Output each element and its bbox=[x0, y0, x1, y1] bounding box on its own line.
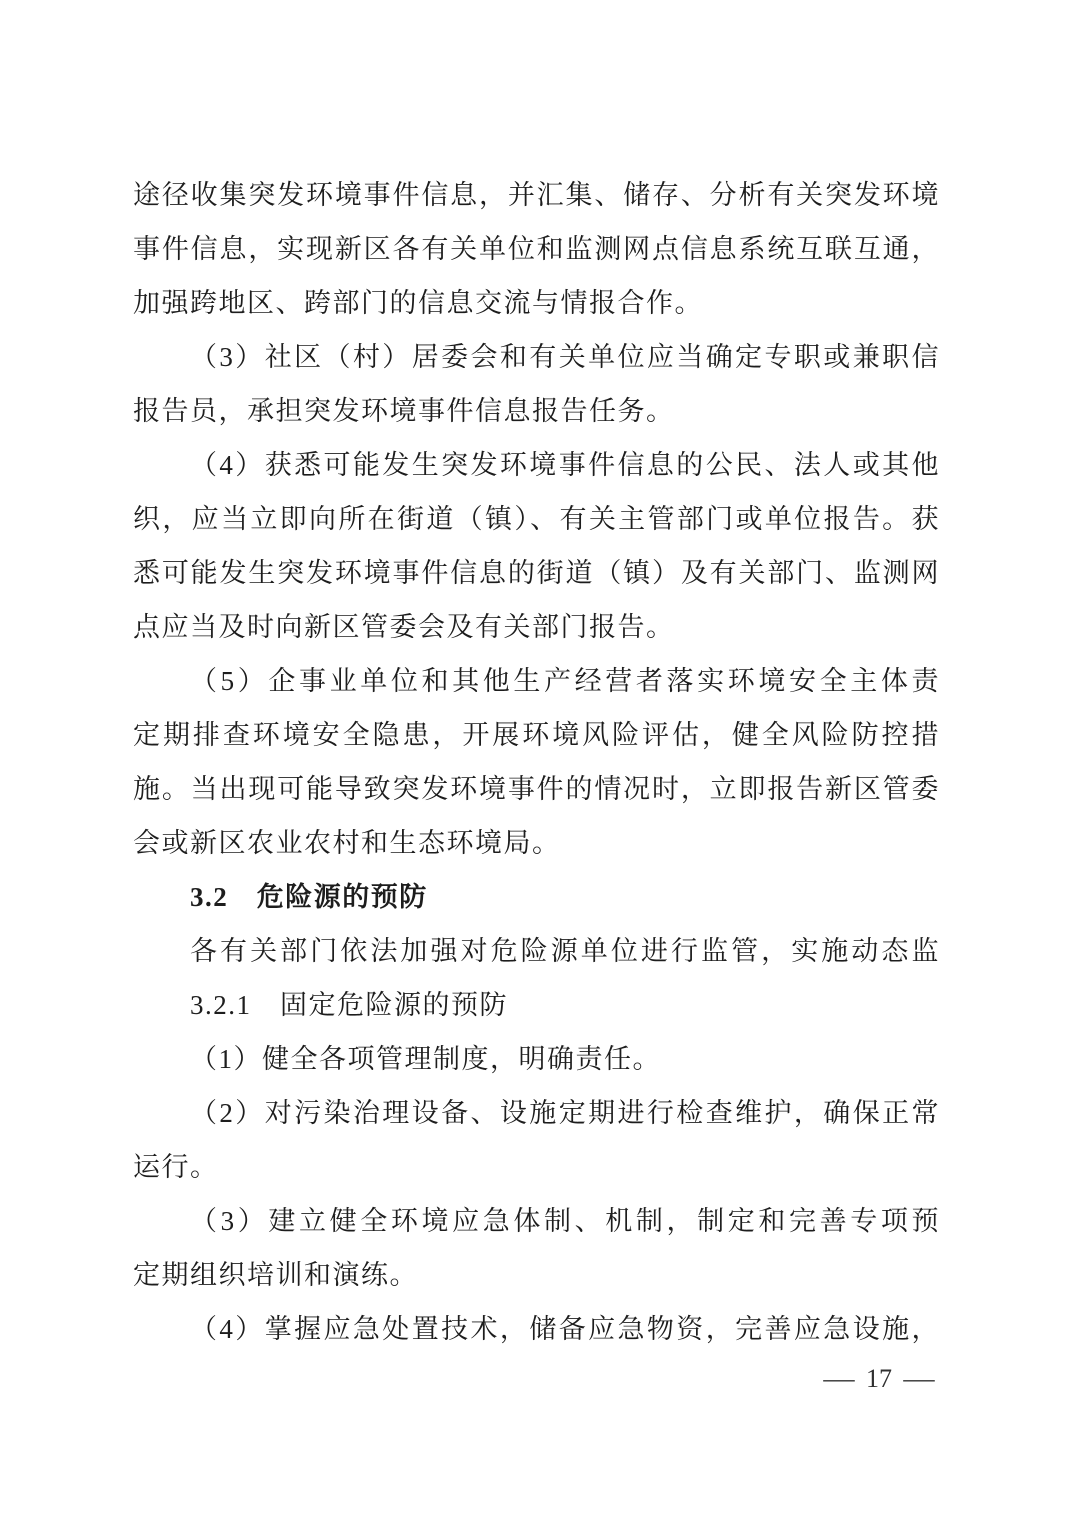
text-line: （3）建立健全环境应急体制、机制，制定和完善专项预案； bbox=[133, 1194, 940, 1248]
text-line: （5）企事业单位和其他生产经营者落实环境安全主体责任， bbox=[133, 654, 940, 708]
text-line: 定期组织培训和演练。 bbox=[133, 1248, 940, 1302]
text-line: （3）社区（村）居委会和有关单位应当确定专职或兼职信息 bbox=[133, 330, 940, 384]
page-number: 17 bbox=[866, 1363, 892, 1395]
text-line: 各有关部门依法加强对危险源单位进行监管，实施动态监控。 bbox=[133, 924, 940, 978]
section-heading: 3.2.1 固定危险源的预防 bbox=[133, 978, 940, 1032]
text-line: 加强跨地区、跨部门的信息交流与情报合作。 bbox=[133, 276, 940, 330]
text-line: （4）获悉可能发生突发环境事件信息的公民、法人或其他组 bbox=[133, 438, 940, 492]
text-line: 施。当出现可能导致突发环境事件的情况时，立即报告新区管委 bbox=[133, 762, 940, 816]
text-line: 定期排查环境安全隐患，开展环境风险评估，健全风险防控措 bbox=[133, 708, 940, 762]
page-footer: — 17 — bbox=[826, 1363, 932, 1395]
text-line: 运行。 bbox=[133, 1140, 940, 1194]
page-number-dash-right: — bbox=[903, 1363, 934, 1395]
text-line: （2）对污染治理设备、设施定期进行检查维护，确保正常 bbox=[133, 1086, 940, 1140]
text-line: （1）健全各项管理制度，明确责任。 bbox=[133, 1032, 940, 1086]
page-number-dash-left: — bbox=[823, 1363, 854, 1395]
section-heading: 3.2 危险源的预防 bbox=[133, 870, 940, 924]
text-line: 事件信息，实现新区各有关单位和监测网点信息系统互联互通， bbox=[133, 222, 940, 276]
document-body: 途径收集突发环境事件信息，并汇集、储存、分析有关突发环境事件信息，实现新区各有关… bbox=[133, 168, 940, 1356]
document-page: 途径收集突发环境事件信息，并汇集、储存、分析有关突发环境事件信息，实现新区各有关… bbox=[0, 0, 1074, 1520]
text-line: （4）掌握应急处置技术，储备应急物资，完善应急设施，做 bbox=[133, 1302, 940, 1356]
text-line: 点应当及时向新区管委会及有关部门报告。 bbox=[133, 600, 940, 654]
text-line: 会或新区农业农村和生态环境局。 bbox=[133, 816, 940, 870]
text-line: 途径收集突发环境事件信息，并汇集、储存、分析有关突发环境 bbox=[133, 168, 940, 222]
text-line: 报告员，承担突发环境事件信息报告任务。 bbox=[133, 384, 940, 438]
text-line: 织，应当立即向所在街道（镇）、有关主管部门或单位报告。获 bbox=[133, 492, 940, 546]
text-line: 悉可能发生突发环境事件信息的街道（镇）及有关部门、监测网 bbox=[133, 546, 940, 600]
